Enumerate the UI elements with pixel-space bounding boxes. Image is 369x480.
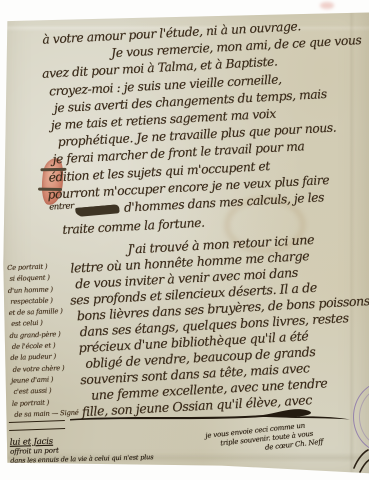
- letter-body: à votre amour pour l'étude, ni à un ouvr…: [38, 15, 369, 421]
- pink-smudge: [320, 2, 334, 9]
- paragraph-1: à votre amour pour l'étude, ni à un ouvr…: [38, 15, 369, 204]
- footer-annotation-left: lui et Jacisoffroit un portdans les ennu…: [10, 434, 154, 464]
- inserted-word: entrer: [49, 201, 74, 212]
- aged-paper-sheet: à votre amour pour l'étude, ni à un ouvr…: [0, 0, 369, 480]
- ink-scribble-strikeout: [75, 204, 120, 216]
- scanned-letter-page: { "letter": { "paragraph1": { "lines": […: [0, 0, 369, 480]
- margin-note-underline-flourish: [9, 420, 65, 431]
- cutoff-ink-stroke: [350, 448, 369, 474]
- paragraph-2: J'ai trouvé à mon retour ici unelettre o…: [49, 229, 369, 421]
- margin-annotation: Ce portrait )si éloquent )d'un homme )re…: [7, 261, 78, 421]
